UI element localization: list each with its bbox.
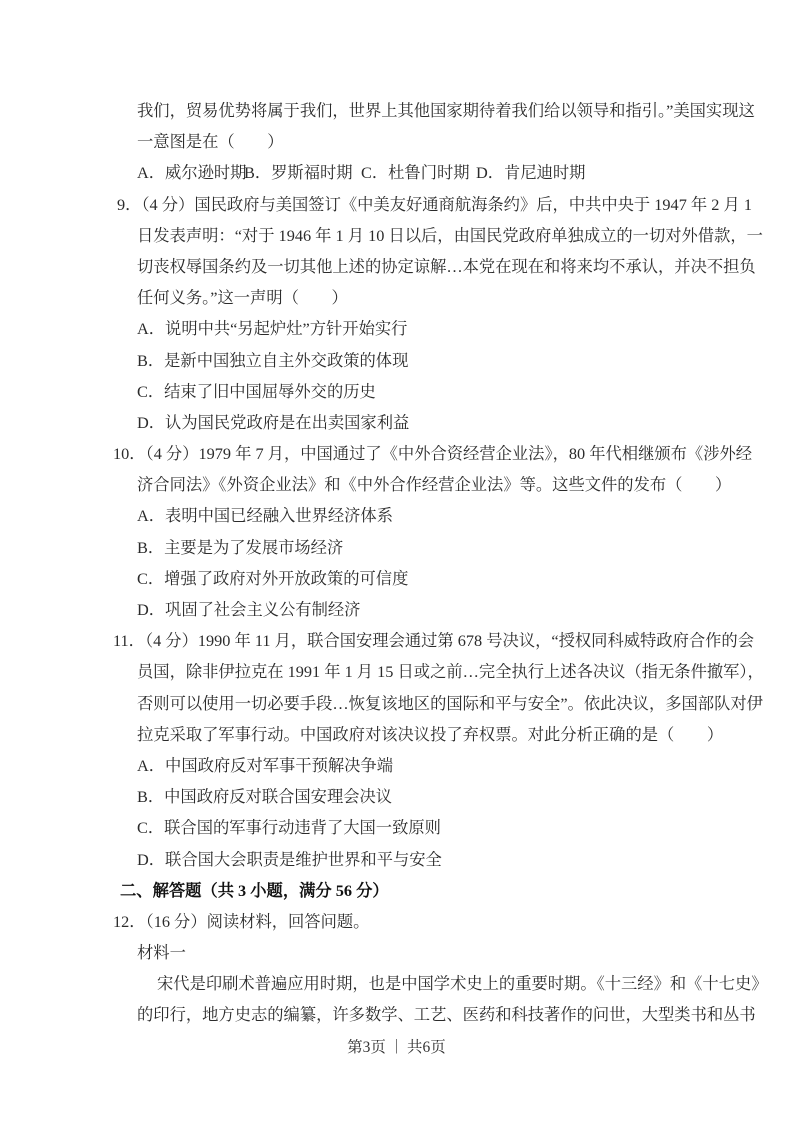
question-8-option-a: A．威尔逊时期 [137,157,244,188]
question-11-option-c: C．联合国的军事行动违背了大国一致原则 [0,812,793,843]
section-2-heading: 二、解答题（共 3 小题，满分 56 分） [0,875,793,906]
question-10-option-a: A．表明中国已经融入世界经济体系 [0,500,793,531]
document-body: 我们，贸易优势将属于我们，世界上其他国家期待着我们给以领导和指引。”美国实现这 … [0,95,793,1062]
question-8-options-row: A．威尔逊时期 B．罗斯福时期 C．杜鲁门时期 D．肯尼迪时期 [0,157,793,188]
footer-separator: | [395,1037,398,1055]
question-9-option-b: B．是新中国独立自主外交政策的体现 [0,345,793,376]
question-10-line: 济合同法》《外资企业法》和《中外合作经营企业法》等。这些文件的发布（ ） [0,469,793,500]
question-12-intro: 12．（16 分）阅读材料，回答问题。 [0,906,793,937]
question-10-option-d: D．巩固了社会主义公有制经济 [0,594,793,625]
footer-total-pages: 共6页 [407,1035,446,1057]
question-9-option-d: D．认为国民党政府是在出卖国家利益 [0,407,793,438]
question-11-option-a: A．中国政府反对军事干预解决争端 [0,750,793,781]
footer-page-number: 第3页 [347,1035,386,1057]
question-9-option-a: A．说明中共“另起炉灶”方针开始实行 [0,313,793,344]
question-11-line: 拉克采取了军事行动。中国政府对该决议投了弃权票。对此分析正确的是（ ） [0,719,793,750]
question-12-material-1-line: 宋代是印刷术普遍应用时期，也是中国学术史上的重要时期。《十三经》和《十七史》 [0,968,793,999]
exam-page: 我们，贸易优势将属于我们，世界上其他国家期待着我们给以领导和指引。”美国实现这 … [0,0,793,1122]
question-9-line: 任何义务。”这一声明（ ） [0,282,793,313]
question-11-option-d: D．联合国大会职责是维护世界和平与安全 [0,844,793,875]
question-12-material-1-label: 材料一 [0,937,793,968]
question-9-line: 切丧权辱国条约及一切其他上述的协定谅解…本党在现在和将来均不承认，并决不担负 [0,251,793,282]
question-11-line: 员国，除非伊拉克在 1991 年 1 月 15 日或之前…完全执行上述各决议（指… [0,656,793,687]
question-8-option-c: C．杜鲁门时期 [361,157,476,188]
question-10-line: 10．（4 分）1979 年 7 月，中国通过了《中外合资经营企业法》，80 年… [0,438,793,469]
question-9-option-c: C．结束了旧中国屈辱外交的历史 [0,376,793,407]
question-9-line: 日发表声明：“对于 1946 年 1 月 10 日以后，由国民党政府单独成立的一… [0,220,793,251]
question-8-line: 一意图是在（ ） [0,126,793,157]
question-11-line: 11．（4 分）1990 年 11 月，联合国安理会通过第 678 号决议，“授… [0,625,793,656]
question-9-line: 9．（4 分）国民政府与美国签订《中美友好通商航海条约》后，中共中央于 1947… [0,189,793,220]
question-11-line: 否则可以使用一切必要手段…恢复该地区的国际和平与安全”。依此决议，多国部队对伊 [0,688,793,719]
question-8-option-d: D．肯尼迪时期 [476,157,585,188]
question-10-option-b: B．主要是为了发展市场经济 [0,532,793,563]
question-8-line: 我们，贸易优势将属于我们，世界上其他国家期待着我们给以领导和指引。”美国实现这 [0,95,793,126]
page-footer: 第3页 | 共6页 [0,1031,793,1062]
question-12-material-1-line: 的印行，地方史志的编纂，许多数学、工艺、医药和科技著作的问世，大型类书和丛书 [0,999,793,1030]
question-10-option-c: C．增强了政府对外开放政策的可信度 [0,563,793,594]
question-11-option-b: B．中国政府反对联合国安理会决议 [0,781,793,812]
question-8-option-b: B．罗斯福时期 [244,157,361,188]
